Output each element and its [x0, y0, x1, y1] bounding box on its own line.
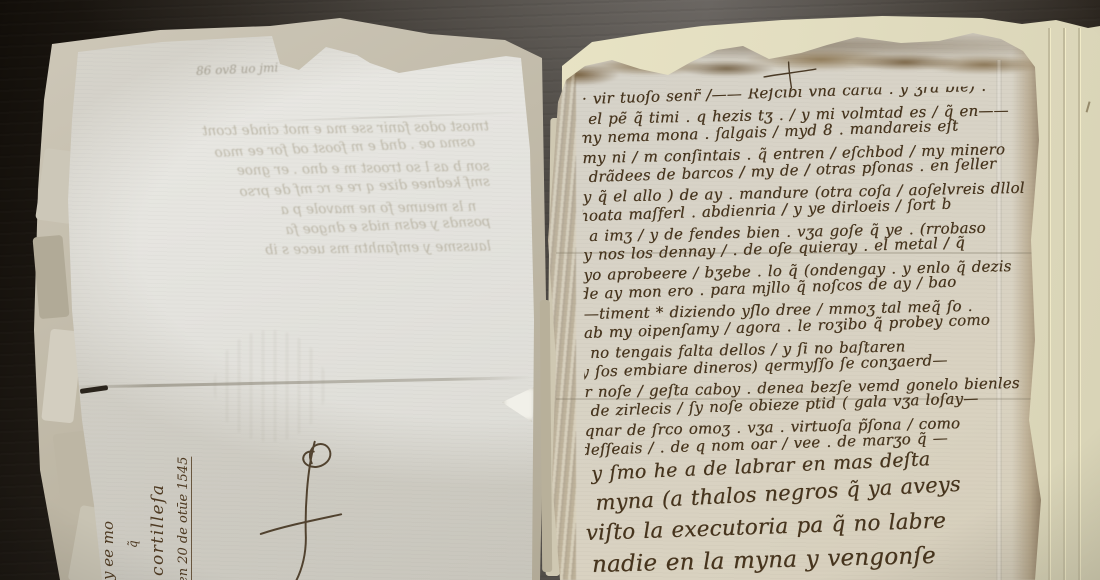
- photo-of-manuscripts: 86 ov8 uo jmi tmost odos fanir sse ma e …: [0, 0, 1100, 580]
- photo-vignette: [0, 0, 1100, 580]
